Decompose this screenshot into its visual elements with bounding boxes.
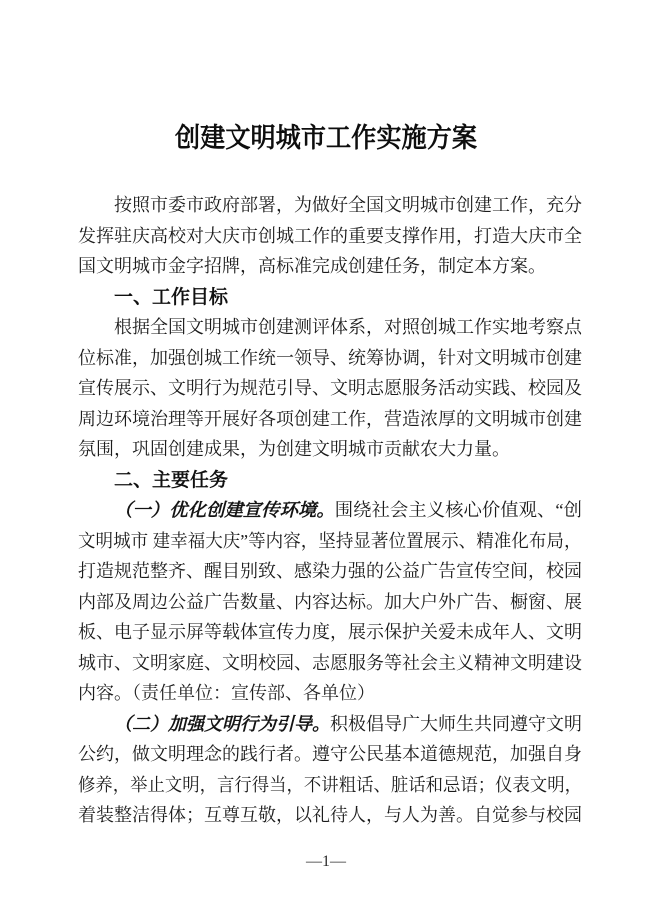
text-segment: 周边环境治理等开展好各项创建工作，营造浓厚的文明城市创建 bbox=[78, 409, 582, 429]
paragraph-line: 板、电子显示屏等载体宣传力度，展示保护关爱未成年人、文明 bbox=[78, 617, 582, 648]
text-segment: （二）加强文明行为引导。 bbox=[114, 714, 330, 734]
text-segment: 文明城市 建幸福大庆”等内容，坚持显著位置展示、精准化布局， bbox=[78, 531, 582, 551]
line-inner: 宣传展示、文明行为规范引导、文明志愿服务活动实践、校园及 bbox=[78, 373, 582, 404]
line-inner: 修养，举止文明，言行得当，不讲粗话、脏话和忌语；仪表文明， bbox=[78, 770, 582, 801]
line-inner: 文明城市 建幸福大庆”等内容，坚持显著位置展示、精准化布局， bbox=[78, 526, 582, 557]
text-segment: 着装整洁得体；互尊互敬，以礼待人，与人为善。自觉参与校园 bbox=[78, 805, 582, 825]
line-inner: 板、电子显示屏等载体宣传力度，展示保护关爱未成年人、文明 bbox=[78, 617, 582, 648]
paragraph-line: 发挥驻庆高校对大庆市创城工作的重要支撑作用，打造大庆市全 bbox=[78, 221, 582, 252]
document-title: 创建文明城市工作实施方案 bbox=[175, 120, 477, 157]
line-inner: 周边环境治理等开展好各项创建工作，营造浓厚的文明城市创建 bbox=[78, 404, 582, 435]
footer: —1— bbox=[0, 849, 652, 875]
paragraph-line: 文明城市 建幸福大庆”等内容，坚持显著位置展示、精准化布局， bbox=[78, 526, 582, 557]
text-segment: 宣传展示、文明行为规范引导、文明志愿服务活动实践、校园及 bbox=[78, 378, 582, 398]
paragraph-line: 内部及周边公益广告数量、内容达标。加大户外广告、橱窗、展 bbox=[78, 587, 582, 618]
text-segment: 按照市委市政府部署，为做好全国文明城市创建工作，充分 bbox=[114, 195, 582, 215]
line-inner: （二）加强文明行为引导。积极倡导广大师生共同遵守文明 bbox=[114, 709, 582, 740]
line-inner: 位标准，加强创城工作统一领导、统筹协调，针对文明城市创建 bbox=[78, 343, 582, 374]
text-segment: 位标准，加强创城工作统一领导、统筹协调，针对文明城市创建 bbox=[78, 348, 582, 368]
section-heading: 二、主要任务 bbox=[114, 470, 228, 491]
line-inner: 国文明城市金字招牌，高标准完成创建任务，制定本方案。 bbox=[78, 251, 546, 282]
paragraph-line: 着装整洁得体；互尊互敬，以礼待人，与人为善。自觉参与校园 bbox=[78, 800, 582, 831]
line-inner: 打造规范整齐、醒目别致、感染力强的公益广告宣传空间，校园 bbox=[78, 556, 582, 587]
section-heading-line: 二、主要任务 bbox=[78, 465, 582, 496]
line-inner: 氛围，巩固创建成果，为创建文明城市贡献农大力量。 bbox=[78, 434, 510, 465]
text-segment: 城市、文明家庭、文明校园、志愿服务等社会主义精神文明建设 bbox=[78, 653, 582, 673]
document-body: 按照市委市政府部署，为做好全国文明城市创建工作，充分发挥驻庆高校对大庆市创城工作… bbox=[78, 190, 582, 831]
paragraph-line: （一）优化创建宣传环境。围绕社会主义核心价值观、“创 bbox=[78, 495, 582, 526]
paragraph-line: （二）加强文明行为引导。积极倡导广大师生共同遵守文明 bbox=[78, 709, 582, 740]
paragraph-line: 国文明城市金字招牌，高标准完成创建任务，制定本方案。 bbox=[78, 251, 582, 282]
paragraph-line: 周边环境治理等开展好各项创建工作，营造浓厚的文明城市创建 bbox=[78, 404, 582, 435]
text-segment: 内容。 bbox=[78, 683, 132, 703]
page-number: —1— bbox=[306, 853, 346, 870]
line-inner: 内容。（责任单位：宣传部、各单位） bbox=[78, 678, 375, 709]
text-segment: 打造规范整齐、醒目别致、感染力强的公益广告宣传空间，校园 bbox=[78, 561, 582, 581]
paragraph-line: 氛围，巩固创建成果，为创建文明城市贡献农大力量。 bbox=[78, 434, 582, 465]
line-inner: 二、主要任务 bbox=[114, 465, 228, 497]
text-segment: 公约，做文明理念的践行者。遵守公民基本道德规范，加强自身 bbox=[78, 744, 582, 764]
section-heading: 一、工作目标 bbox=[114, 287, 228, 308]
paragraph-line: 打造规范整齐、醒目别致、感染力强的公益广告宣传空间，校园 bbox=[78, 556, 582, 587]
paragraph-line: 按照市委市政府部署，为做好全国文明城市创建工作，充分 bbox=[78, 190, 582, 221]
paragraph-line: 根据全国文明城市创建测评体系，对照创城工作实地考察点 bbox=[78, 312, 582, 343]
line-inner: （一）优化创建宣传环境。围绕社会主义核心价值观、“创 bbox=[114, 495, 582, 526]
paragraph-line: 宣传展示、文明行为规范引导、文明志愿服务活动实践、校园及 bbox=[78, 373, 582, 404]
paragraph-line: 城市、文明家庭、文明校园、志愿服务等社会主义精神文明建设 bbox=[78, 648, 582, 679]
text-segment: （责任单位：宣传部、各单位） bbox=[132, 683, 375, 703]
document-page: 创建文明城市工作实施方案 按照市委市政府部署，为做好全国文明城市创建工作，充分发… bbox=[0, 0, 652, 904]
line-inner: 着装整洁得体；互尊互敬，以礼待人，与人为善。自觉参与校园 bbox=[78, 800, 582, 831]
section-heading-line: 一、工作目标 bbox=[78, 282, 582, 313]
paragraph-line: 修养，举止文明，言行得当，不讲粗话、脏话和忌语；仪表文明， bbox=[78, 770, 582, 801]
text-segment: （一）优化创建宣传环境。 bbox=[114, 500, 335, 520]
line-inner: 公约，做文明理念的践行者。遵守公民基本道德规范，加强自身 bbox=[78, 739, 582, 770]
text-segment: 根据全国文明城市创建测评体系，对照创城工作实地考察点 bbox=[114, 317, 582, 337]
text-segment: 积极倡导广大师生共同遵守文明 bbox=[330, 714, 582, 734]
text-segment: 国文明城市金字招牌，高标准完成创建任务，制定本方案。 bbox=[78, 256, 546, 276]
line-inner: 一、工作目标 bbox=[114, 282, 228, 314]
text-segment: 板、电子显示屏等载体宣传力度，展示保护关爱未成年人、文明 bbox=[78, 622, 582, 642]
text-segment: 修养，举止文明，言行得当，不讲粗话、脏话和忌语；仪表文明， bbox=[78, 775, 582, 795]
line-inner: 内部及周边公益广告数量、内容达标。加大户外广告、橱窗、展 bbox=[78, 587, 582, 618]
text-segment: 发挥驻庆高校对大庆市创城工作的重要支撑作用，打造大庆市全 bbox=[78, 226, 582, 246]
paragraph-line: 位标准，加强创城工作统一领导、统筹协调，针对文明城市创建 bbox=[78, 343, 582, 374]
paragraph-line: 公约，做文明理念的践行者。遵守公民基本道德规范，加强自身 bbox=[78, 739, 582, 770]
text-segment: 氛围，巩固创建成果，为创建文明城市贡献农大力量。 bbox=[78, 439, 510, 459]
line-inner: 根据全国文明城市创建测评体系，对照创城工作实地考察点 bbox=[114, 312, 582, 343]
text-segment: 内部及周边公益广告数量、内容达标。加大户外广告、橱窗、展 bbox=[78, 592, 582, 612]
line-inner: 发挥驻庆高校对大庆市创城工作的重要支撑作用，打造大庆市全 bbox=[78, 221, 582, 252]
text-segment: 围绕社会主义核心价值观、“创 bbox=[335, 500, 582, 520]
line-inner: 按照市委市政府部署，为做好全国文明城市创建工作，充分 bbox=[114, 190, 582, 221]
title-row: 创建文明城市工作实施方案 bbox=[0, 120, 652, 157]
paragraph-line: 内容。（责任单位：宣传部、各单位） bbox=[78, 678, 582, 709]
line-inner: 城市、文明家庭、文明校园、志愿服务等社会主义精神文明建设 bbox=[78, 648, 582, 679]
